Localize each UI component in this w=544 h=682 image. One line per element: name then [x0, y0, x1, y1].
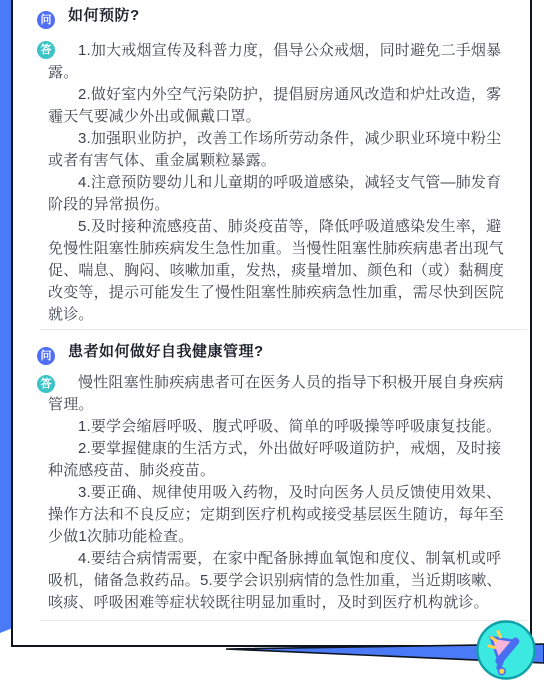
answer-paragraph: 1.加大戒烟宣传及科普力度，倡导公众戒烟，同时避免二手烟暴露。 — [48, 40, 516, 84]
page: 问 如何预防? 答 1.加大戒烟宣传及科普力度，倡导公众戒烟，同时避免二手烟暴露… — [0, 0, 544, 682]
answer-paragraph: 3.加强职业防护，改善工作场所劳动条件，减少职业环境中粉尘或者有害气体、重金属颗… — [48, 128, 516, 172]
stacked-page-edge-left — [0, 0, 11, 633]
megaphone-badge — [475, 619, 537, 681]
question-badge-icon: 问 — [37, 347, 55, 365]
answer-paragraph: 2.要掌握健康的生活方式，外出做好呼吸道防护，戒烟，及时接种流感疫苗、肺炎疫苗。 — [48, 438, 516, 482]
answer-paragraph: 3.要正确、规律使用吸入药物，及时向医务人员反馈使用效果、操作方法和不良反应；定… — [48, 482, 516, 548]
answer-paragraph: 5.及时接种流感疫苗、肺炎疫苗等，降低呼吸道感染发生率，避免慢性阻塞性肺疾病发生… — [48, 216, 516, 326]
section-divider — [40, 620, 527, 621]
question-title: 患者如何做好自我健康管理? — [68, 341, 264, 363]
question-badge-icon: 问 — [37, 11, 55, 29]
answer-paragraph: 4.注意预防婴幼儿和儿童期的呼吸道感染，减轻支气管—肺发育阶段的异常损伤。 — [48, 172, 516, 216]
answer-paragraph: 1.要学会缩唇呼吸、腹式呼吸、简单的呼吸操等呼吸康复技能。 — [48, 416, 516, 438]
question-title: 如何预防? — [68, 5, 140, 27]
section-divider — [40, 329, 527, 330]
megaphone-icon — [475, 619, 537, 681]
answer-paragraph: 4.要结合病情需要，在家中配备脉搏血氧饱和度仪、制氧机或呼吸机，储备急救药品。5… — [48, 548, 516, 614]
answer-text-block: 1.加大戒烟宣传及科普力度，倡导公众戒烟，同时避免二手烟暴露。 2.做好室内外空… — [48, 40, 516, 326]
answer-paragraph: 2.做好室内外空气污染防护，提倡厨房通风改造和炉灶改造，雾霾天气要减少外出或佩戴… — [48, 84, 516, 128]
answer-paragraph: 慢性阻塞性肺疾病患者可在医务人员的指导下积极开展自身疾病管理。 — [48, 372, 516, 416]
content-card: 问 如何预防? 答 1.加大戒烟宣传及科普力度，倡导公众戒烟，同时避免二手烟暴露… — [11, 0, 532, 647]
answer-text-block: 慢性阻塞性肺疾病患者可在医务人员的指导下积极开展自身疾病管理。 1.要学会缩唇呼… — [48, 372, 516, 614]
